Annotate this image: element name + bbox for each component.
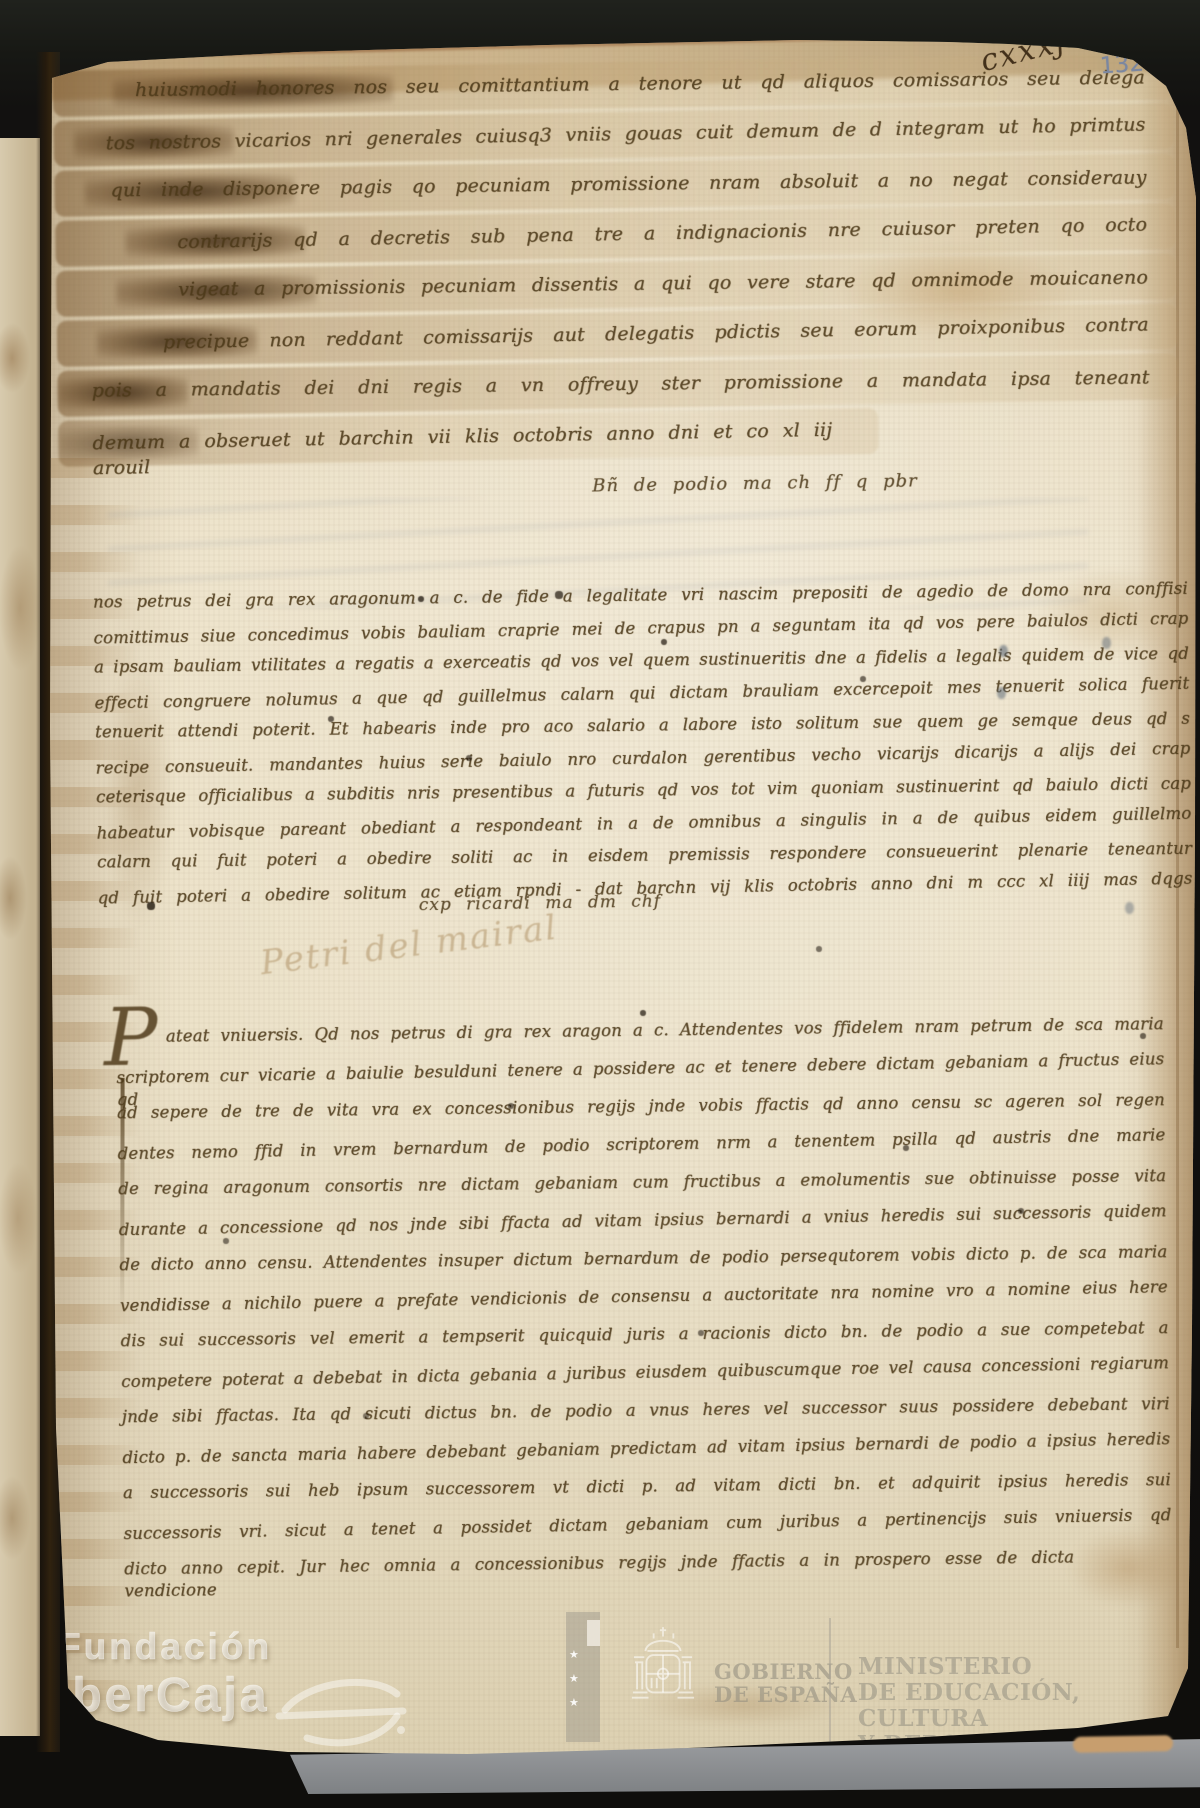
gobierno-espana-label: GOBIERNO DE ESPAÑA [714,1660,857,1706]
star-icon: ★ [569,1672,579,1685]
torn-edge-fragment [1073,1735,1173,1753]
ministry-line1: MINISTERIO [858,1654,1198,1680]
star-icon: ★ [569,1648,579,1661]
facing-page-edge [0,138,40,1736]
manuscript-block-1: huiusmodi honores nos seu comittantium a… [87,64,1151,481]
manuscript-block-2: nos petrus dei gra rex aragonum a c. de … [93,576,1193,918]
gray-smudges [48,28,51,34]
manuscript-page: huiusmodi honores nos seu comittantium a… [48,28,1198,1762]
ibercaja-logo-icon [275,1670,415,1760]
star-icon: ★ [569,1696,579,1709]
wormholes [48,28,50,30]
manuscript-block-3: ateat vniuersis. Qd nos petrus di gra re… [116,1012,1173,1598]
watermark-divider [829,1618,831,1742]
gobierno-line2: DE ESPAÑA [714,1683,857,1706]
gobierno-line1: GOBIERNO [714,1660,857,1683]
spain-coat-of-arms-icon [611,1624,715,1736]
chancery-note-1: Bñ de podio ma ch ff q pbr [592,470,918,496]
manuscript-photo: huiusmodi honores nos seu comittantium a… [0,0,1200,1808]
manuscript-line: demum a obseruet ut barchin vii klis oct… [92,418,833,481]
flag-notch [587,1620,600,1646]
folio-pencil-number: 132 [1099,51,1145,80]
ministry-line2: DE EDUCACIÓN, CULTURA [858,1680,1198,1732]
government-flag-bar: ★ ★ ★ [566,1612,600,1742]
faded-archivist-note: Petri del mairal [258,908,560,984]
text-layer: huiusmodi honores nos seu comittantium a… [48,11,1200,1763]
